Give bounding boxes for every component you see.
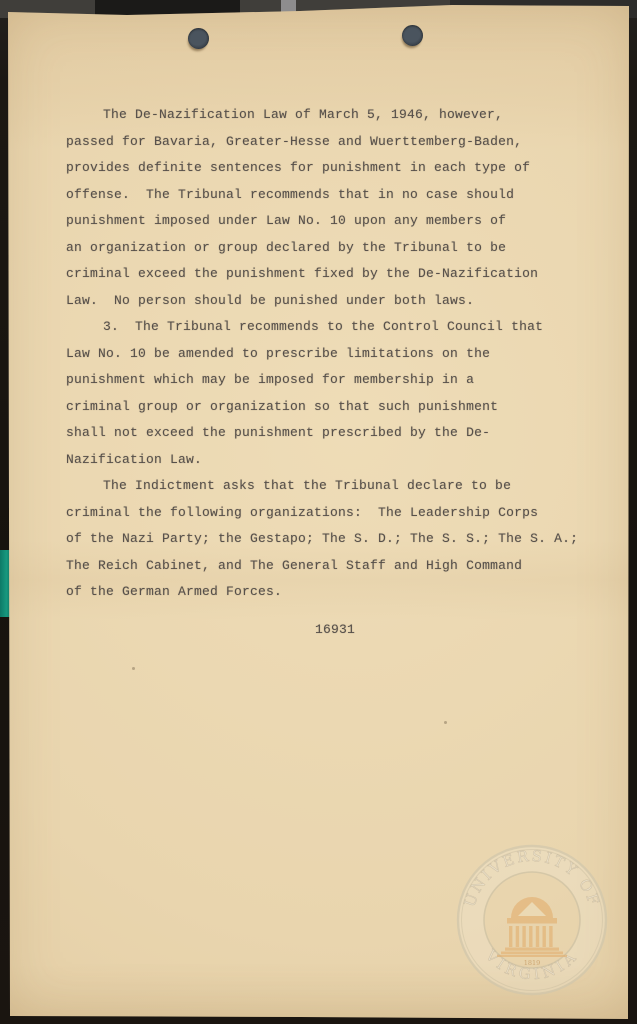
- text-line: The Reich Cabinet, and The General Staff…: [66, 553, 588, 580]
- text-line: an organization or group declared by the…: [66, 235, 588, 262]
- text-line: provides definite sentences for punishme…: [66, 155, 588, 182]
- text-line: passed for Bavaria, Greater-Hesse and Wu…: [66, 129, 588, 156]
- text-line: shall not exceed the punishment prescrib…: [66, 420, 588, 447]
- text-line: Nazification Law.: [66, 447, 588, 474]
- uva-seal-watermark: UNIVERSITY OF VIRGINIA: [452, 840, 612, 1000]
- text-line: criminal exceed the punishment fixed by …: [66, 261, 588, 288]
- paper-sheet: The De-Nazification Law of March 5, 1946…: [0, 0, 637, 1024]
- text-line: punishment imposed under Law No. 10 upon…: [66, 208, 588, 235]
- paper-speck: [444, 721, 447, 724]
- text-line: Law No. 10 be amended to prescribe limit…: [66, 341, 588, 368]
- scanned-document-page: The De-Nazification Law of March 5, 1946…: [0, 0, 637, 1024]
- page-number: 16931: [66, 617, 588, 644]
- text-line: Law. No person should be punished under …: [66, 288, 588, 315]
- text-line: of the German Armed Forces.: [66, 579, 588, 606]
- punch-hole-left: [188, 28, 209, 49]
- text-line: The De-Nazification Law of March 5, 1946…: [66, 102, 588, 129]
- text-line: of the Nazi Party; the Gestapo; The S. D…: [66, 526, 588, 553]
- text-line: criminal group or organization so that s…: [66, 394, 588, 421]
- text-line: 3. The Tribunal recommends to the Contro…: [66, 314, 588, 341]
- text-line: criminal the following organizations: Th…: [66, 500, 588, 527]
- text-line: offense. The Tribunal recommends that in…: [66, 182, 588, 209]
- paper-speck: [132, 667, 135, 670]
- punch-hole-right: [402, 25, 423, 46]
- text-line: punishment which may be imposed for memb…: [66, 367, 588, 394]
- text-line: The Indictment asks that the Tribunal de…: [66, 473, 588, 500]
- rotunda-icon: 1819: [497, 897, 567, 967]
- typewritten-text-block: The De-Nazification Law of March 5, 1946…: [66, 102, 588, 643]
- seal-year: 1819: [524, 959, 541, 967]
